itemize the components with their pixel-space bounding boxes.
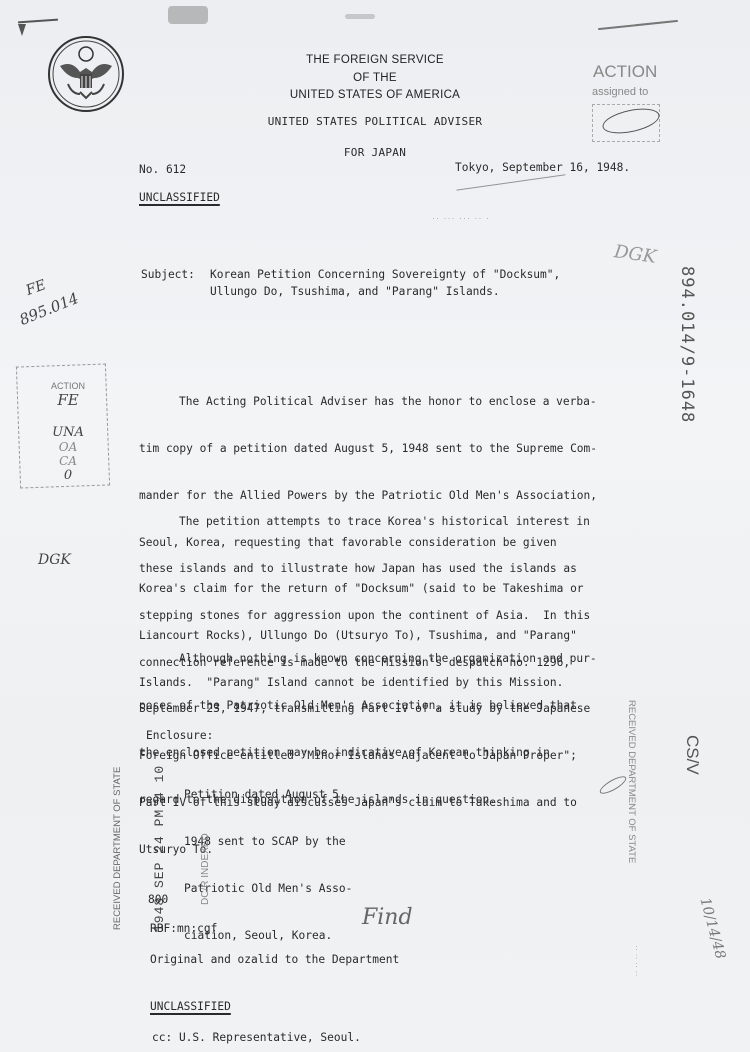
reference-initials: RBF:mn:cgf (150, 922, 217, 935)
subject-label: Subject: (141, 268, 195, 281)
carbon-copy-line: cc: U.S. Representative, Seoul. (152, 1031, 361, 1044)
distribution-line: Original and ozalid to the Department (150, 953, 399, 966)
subject-line-1: Korean Petition Concerning Sovereignty o… (210, 268, 560, 281)
action-stamp-title: ACTION (593, 62, 657, 82)
body-line: these islands and to illustrate how Japa… (139, 561, 590, 577)
enclosure-line: Petition dated August 5, (184, 787, 352, 803)
scan-mark (18, 24, 26, 36)
body-line: The Acting Political Adviser has the hon… (139, 394, 597, 410)
file-code: 800 (148, 893, 168, 906)
routing-item: 0 (38, 468, 98, 483)
document-page: THE FOREIGN SERVICE OF THE UNITED STATES… (0, 0, 750, 1052)
received-stamp-left: RECEIVED DEPARTMENT OF STATE (112, 790, 123, 930)
margin-initials: DGK (38, 552, 71, 568)
classification-top: UNCLASSIFIED (139, 191, 220, 204)
body-line: The petition attempts to trace Korea's h… (139, 514, 590, 530)
margin-initials-right: DGK (613, 241, 658, 268)
scan-mark (18, 19, 58, 24)
routing-stamp: ACTION FE UNA OA CA 0 (38, 381, 98, 483)
despatch-number: No. 612 (139, 163, 186, 176)
office-subtitle: FOR JAPAN (0, 146, 750, 159)
scan-smudge (168, 6, 208, 24)
handwritten-signature: Find (362, 905, 413, 930)
routing-item: UNA (38, 425, 98, 440)
body-line: tim copy of a petition dated August 5, 1… (139, 441, 597, 457)
scan-smudge (345, 14, 375, 19)
received-date-stamp: 1948 SEP 24 PM 4 10 (152, 765, 167, 932)
faint-stamp: ·· ··· ··· ·· · (432, 213, 490, 223)
routing-item: FE (38, 391, 98, 409)
faint-stamp: ·· ·· ·· ·· (632, 945, 642, 976)
action-stamp-subtitle: assigned to (592, 86, 648, 98)
body-line: Although nothing is known concerning the… (139, 651, 597, 667)
routing-item: OA (38, 440, 98, 454)
bottom-right-note: 10/14/48 (697, 896, 729, 961)
cs-v-stamp: CS/V (682, 735, 702, 775)
body-line: poses of the Patriotic Old Men's Associa… (139, 698, 597, 714)
margin-note-file: 895.014 (17, 289, 81, 329)
dc-r-stamp: DC/R INDEXED (200, 833, 211, 905)
enclosure-label: Enclosure: (146, 729, 213, 742)
file-number-vertical: 894.014/9-1648 (677, 266, 697, 423)
routing-item: ACTION (38, 381, 98, 391)
pen-mark (598, 20, 678, 30)
subject-line-2: Ullungo Do, Tsushima, and "Parang" Islan… (210, 285, 500, 298)
routing-item: CA (38, 454, 98, 468)
received-stamp-right: RECEIVED DEPARTMENT OF STATE (626, 700, 637, 863)
classification-bottom: UNCLASSIFIED (150, 1000, 231, 1013)
margin-note-prefix: FE (24, 277, 48, 299)
initials-scribble (598, 773, 629, 797)
